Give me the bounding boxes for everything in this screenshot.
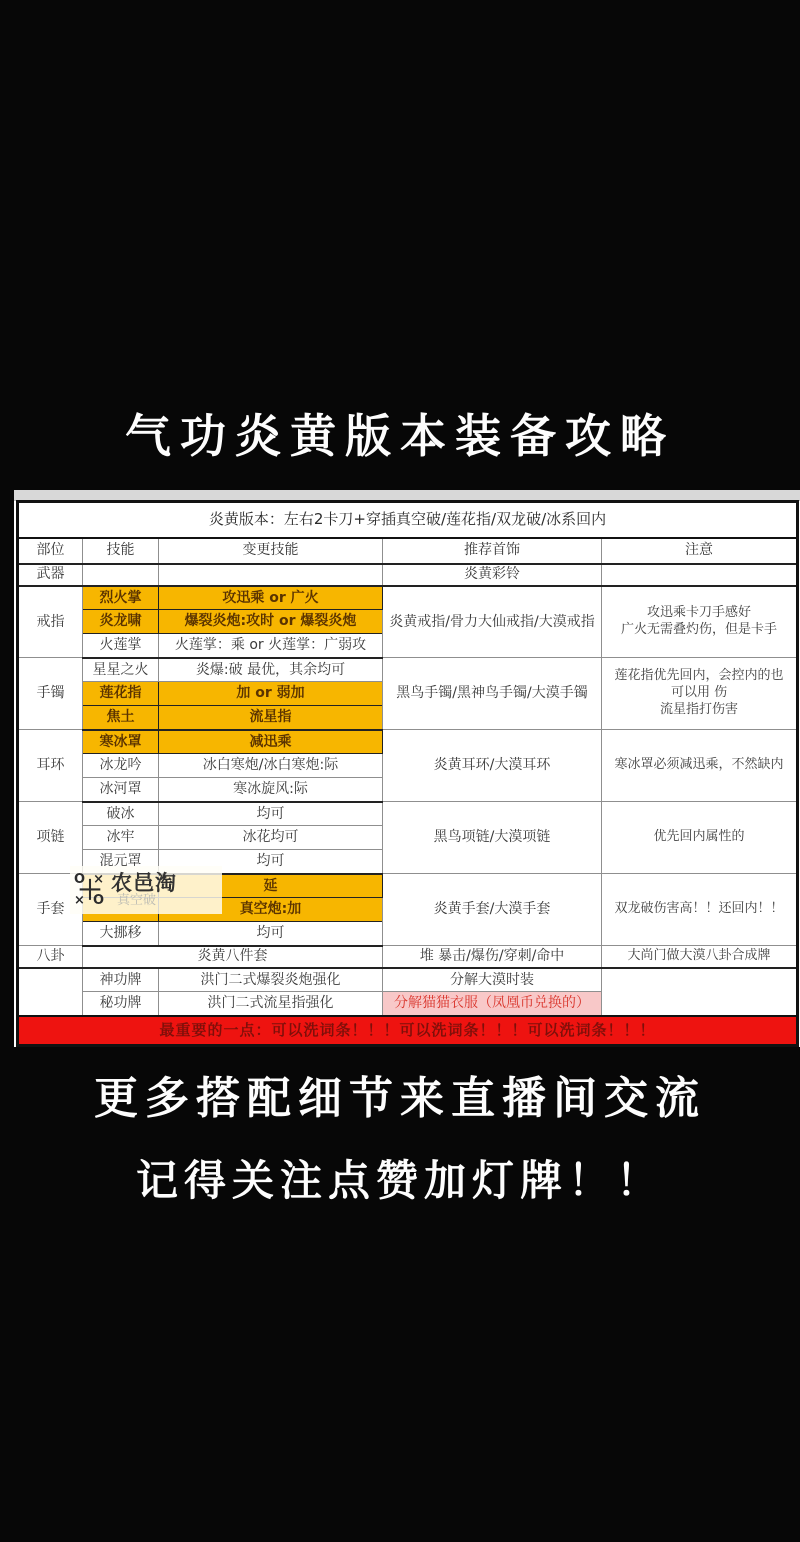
table-caption: 炎黄版本：左右2卡刀+穿插真空破/莲花指/双龙破/冰系回内 bbox=[18, 502, 798, 538]
jewelry-cell: 炎黄耳环/大漠耳环 bbox=[383, 730, 602, 802]
nongyitao-logo-icon: O × × O ＋ bbox=[73, 872, 107, 908]
note-cell: 莲花指优先回内，会控内的也 可以用 伤 流星指打伤害 bbox=[602, 658, 798, 730]
important-banner: 最重要的一点：可以洗词条！！！可以洗词条！！！可以洗词条！！！ bbox=[18, 1016, 798, 1046]
page-title: 气功炎黄版本装备攻略 bbox=[0, 400, 800, 466]
skill-cell: 破冰 bbox=[83, 802, 159, 826]
part-cell-earring: 耳环 bbox=[18, 730, 83, 802]
header-jewelry: 推荐首饰 bbox=[383, 538, 602, 564]
watermark-underlying-cell-text: 真空破 bbox=[117, 894, 156, 908]
change-cell: 爆裂炎炮:攻时 or 爆裂炎炮 bbox=[159, 610, 383, 634]
jewelry-cell: 炎黄戒指/骨力大仙戒指/大漠戒指 bbox=[383, 586, 602, 658]
change-cell: 冰白寒炮/冰白寒炮:际 bbox=[159, 754, 383, 778]
header-change-skill: 变更技能 bbox=[159, 538, 383, 564]
skill-cell: 烈火掌 bbox=[83, 586, 159, 610]
change-cell: 减迅乘 bbox=[159, 730, 383, 754]
skill-cell: 莲花指 bbox=[83, 682, 159, 706]
change-cell: 洪门二式爆裂炎炮强化 bbox=[159, 968, 383, 992]
note-cell: 攻迅乘卡刀手感好 广火无需叠灼伤，但是卡手 bbox=[602, 586, 798, 658]
skill-cell: 冰牢 bbox=[83, 826, 159, 850]
bottom-caption-line1: 更多搭配细节来直播间交流 bbox=[0, 1062, 800, 1126]
skill-cell: 神功牌 bbox=[83, 968, 159, 992]
change-cell: 加 or 弱加 bbox=[159, 682, 383, 706]
jewelry-cell: 炎黄手套/大漠手套 bbox=[383, 874, 602, 946]
part-cell-bagua: 八卦 bbox=[18, 946, 83, 968]
jewelry-cell: 黑鸟项链/大漠项链 bbox=[383, 802, 602, 874]
watermark-brand-text: 农邑淘 bbox=[111, 872, 177, 894]
note-cell: 双龙破伤害高！！还回内！！ bbox=[602, 874, 798, 946]
skill-cell: 焦土 bbox=[83, 706, 159, 730]
jewelry-cell: 黑鸟手镯/黑神鸟手镯/大漠手镯 bbox=[383, 658, 602, 730]
skill-cell: 火莲掌 bbox=[83, 634, 159, 658]
note-cell: 寒冰罩必须减迅乘，不然缺内 bbox=[602, 730, 798, 802]
change-cell: 均可 bbox=[159, 922, 383, 946]
change-cell: 炎爆:破 最优，其余均可 bbox=[159, 658, 383, 682]
note-cell: 优先回内属性的 bbox=[602, 802, 798, 874]
jewelry-cell: 堆 暴击/爆伤/穿刺/命中 bbox=[383, 946, 602, 968]
header-skill: 技能 bbox=[83, 538, 159, 564]
jewelry-cell: 炎黄彩铃 bbox=[383, 564, 602, 586]
jewelry-cell: 分解大漠时装 bbox=[383, 968, 602, 992]
equipment-guide-table: 炎黄版本：左右2卡刀+穿插真空破/莲花指/双龙破/冰系回内 部位 技能 变更技能… bbox=[16, 500, 799, 1047]
change-cell: 流星指 bbox=[159, 706, 383, 730]
jewelry-cell-pink: 分解猫猫衣服（凤凰币兑换的） bbox=[383, 992, 602, 1016]
part-cell-ring: 戒指 bbox=[18, 586, 83, 658]
skill-cell: 寒冰罩 bbox=[83, 730, 159, 754]
change-cell: 洪门二式流星指强化 bbox=[159, 992, 383, 1016]
skill-cell: 冰龙吟 bbox=[83, 754, 159, 778]
bottom-caption-line2: 记得关注点赞加灯牌！！ bbox=[0, 1148, 800, 1208]
change-cell: 寒冰旋风:际 bbox=[159, 778, 383, 802]
part-cell-cards bbox=[18, 968, 83, 1016]
logo-center: ＋ bbox=[77, 870, 103, 907]
part-cell-necklace: 项链 bbox=[18, 802, 83, 874]
header-part: 部位 bbox=[18, 538, 83, 564]
skill-cell: 星星之火 bbox=[83, 658, 159, 682]
spreadsheet-panel: 炎黄版本：左右2卡刀+穿插真空破/莲花指/双龙破/冰系回内 部位 技能 变更技能… bbox=[14, 490, 800, 1047]
skill-cell: 炎龙啸 bbox=[83, 610, 159, 634]
header-note: 注意 bbox=[602, 538, 798, 564]
change-cell: 冰花均可 bbox=[159, 826, 383, 850]
note-cell: 大尚门做大漠八卦合成牌 bbox=[602, 946, 798, 968]
note-cell bbox=[602, 564, 798, 586]
skill-cell: 大挪移 bbox=[83, 922, 159, 946]
bagua-set-cell: 炎黄八件套 bbox=[83, 946, 383, 968]
note-cell bbox=[602, 968, 798, 1016]
change-cell: 均可 bbox=[159, 802, 383, 826]
nongyitao-watermark: O × × O ＋ 农邑淘 真空破 bbox=[70, 866, 222, 914]
skill-cell bbox=[83, 564, 159, 586]
change-cell: 火莲掌：乘 or 火莲掌：广弱攻 bbox=[159, 634, 383, 658]
change-cell: 攻迅乘 or 广火 bbox=[159, 586, 383, 610]
part-cell-weapon: 武器 bbox=[18, 564, 83, 586]
image-post: 气功炎黄版本装备攻略 炎黄版本：左右2卡刀+穿插真空破/莲花指/双龙破/冰系回内… bbox=[0, 0, 800, 1542]
skill-cell: 秘功牌 bbox=[83, 992, 159, 1016]
skill-cell: 冰河罩 bbox=[83, 778, 159, 802]
part-cell-bracelet: 手镯 bbox=[18, 658, 83, 730]
change-cell bbox=[159, 564, 383, 586]
